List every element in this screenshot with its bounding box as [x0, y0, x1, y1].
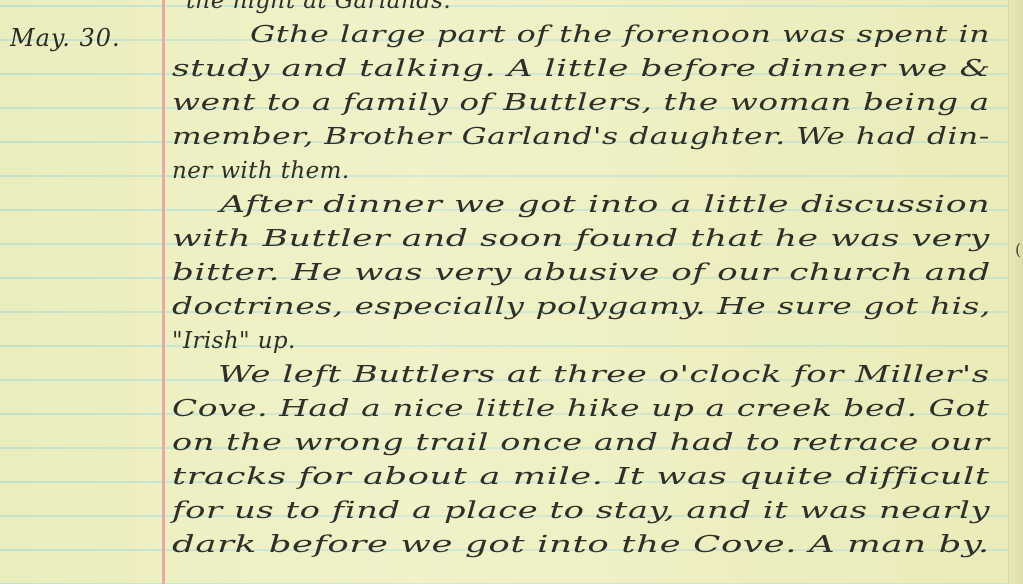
text-line-11: We left Buttlers at three o'clock for Mi…: [218, 362, 990, 388]
text-line-5: ner with them.: [172, 158, 350, 184]
text-line-9: doctrines, especially polygamy. He sure …: [172, 294, 991, 320]
text-line-4: member, Brother Garland's daughter. We h…: [172, 124, 990, 150]
ink-mark: (: [1015, 240, 1021, 259]
entry-date: May. 30.: [10, 24, 121, 52]
text-line-10: "Irish" up.: [172, 328, 296, 354]
journal-page: May. 30. the night at Garlands. Gthe lar…: [0, 0, 1023, 584]
margin-rule-line: [162, 0, 165, 584]
text-line-14: tracks for about a mile. It was quite di…: [172, 464, 990, 490]
text-line-7: with Buttler and soon found that he was …: [172, 226, 990, 252]
text-line-8: bitter. He was very abusive of our churc…: [172, 260, 991, 286]
text-line-1: Gthe large part of the forenoon was spen…: [250, 22, 990, 48]
text-line-13: on the wrong trail once and had to retra…: [172, 430, 990, 456]
text-line-2: study and talking. A little before dinne…: [172, 56, 991, 82]
text-line-0: the night at Garlands.: [186, 0, 506, 14]
text-line-3: went to a family of Buttlers, the woman …: [172, 90, 990, 116]
text-line-6: After dinner we got into a little discus…: [220, 192, 990, 218]
page-edge: [1008, 0, 1023, 584]
text-line-15: for us to find a place to stay, and it w…: [172, 498, 990, 524]
text-line-12: Cove. Had a nice little hike up a creek …: [172, 396, 990, 422]
text-line-16: dark before we got into the Cove. A man …: [172, 532, 990, 558]
